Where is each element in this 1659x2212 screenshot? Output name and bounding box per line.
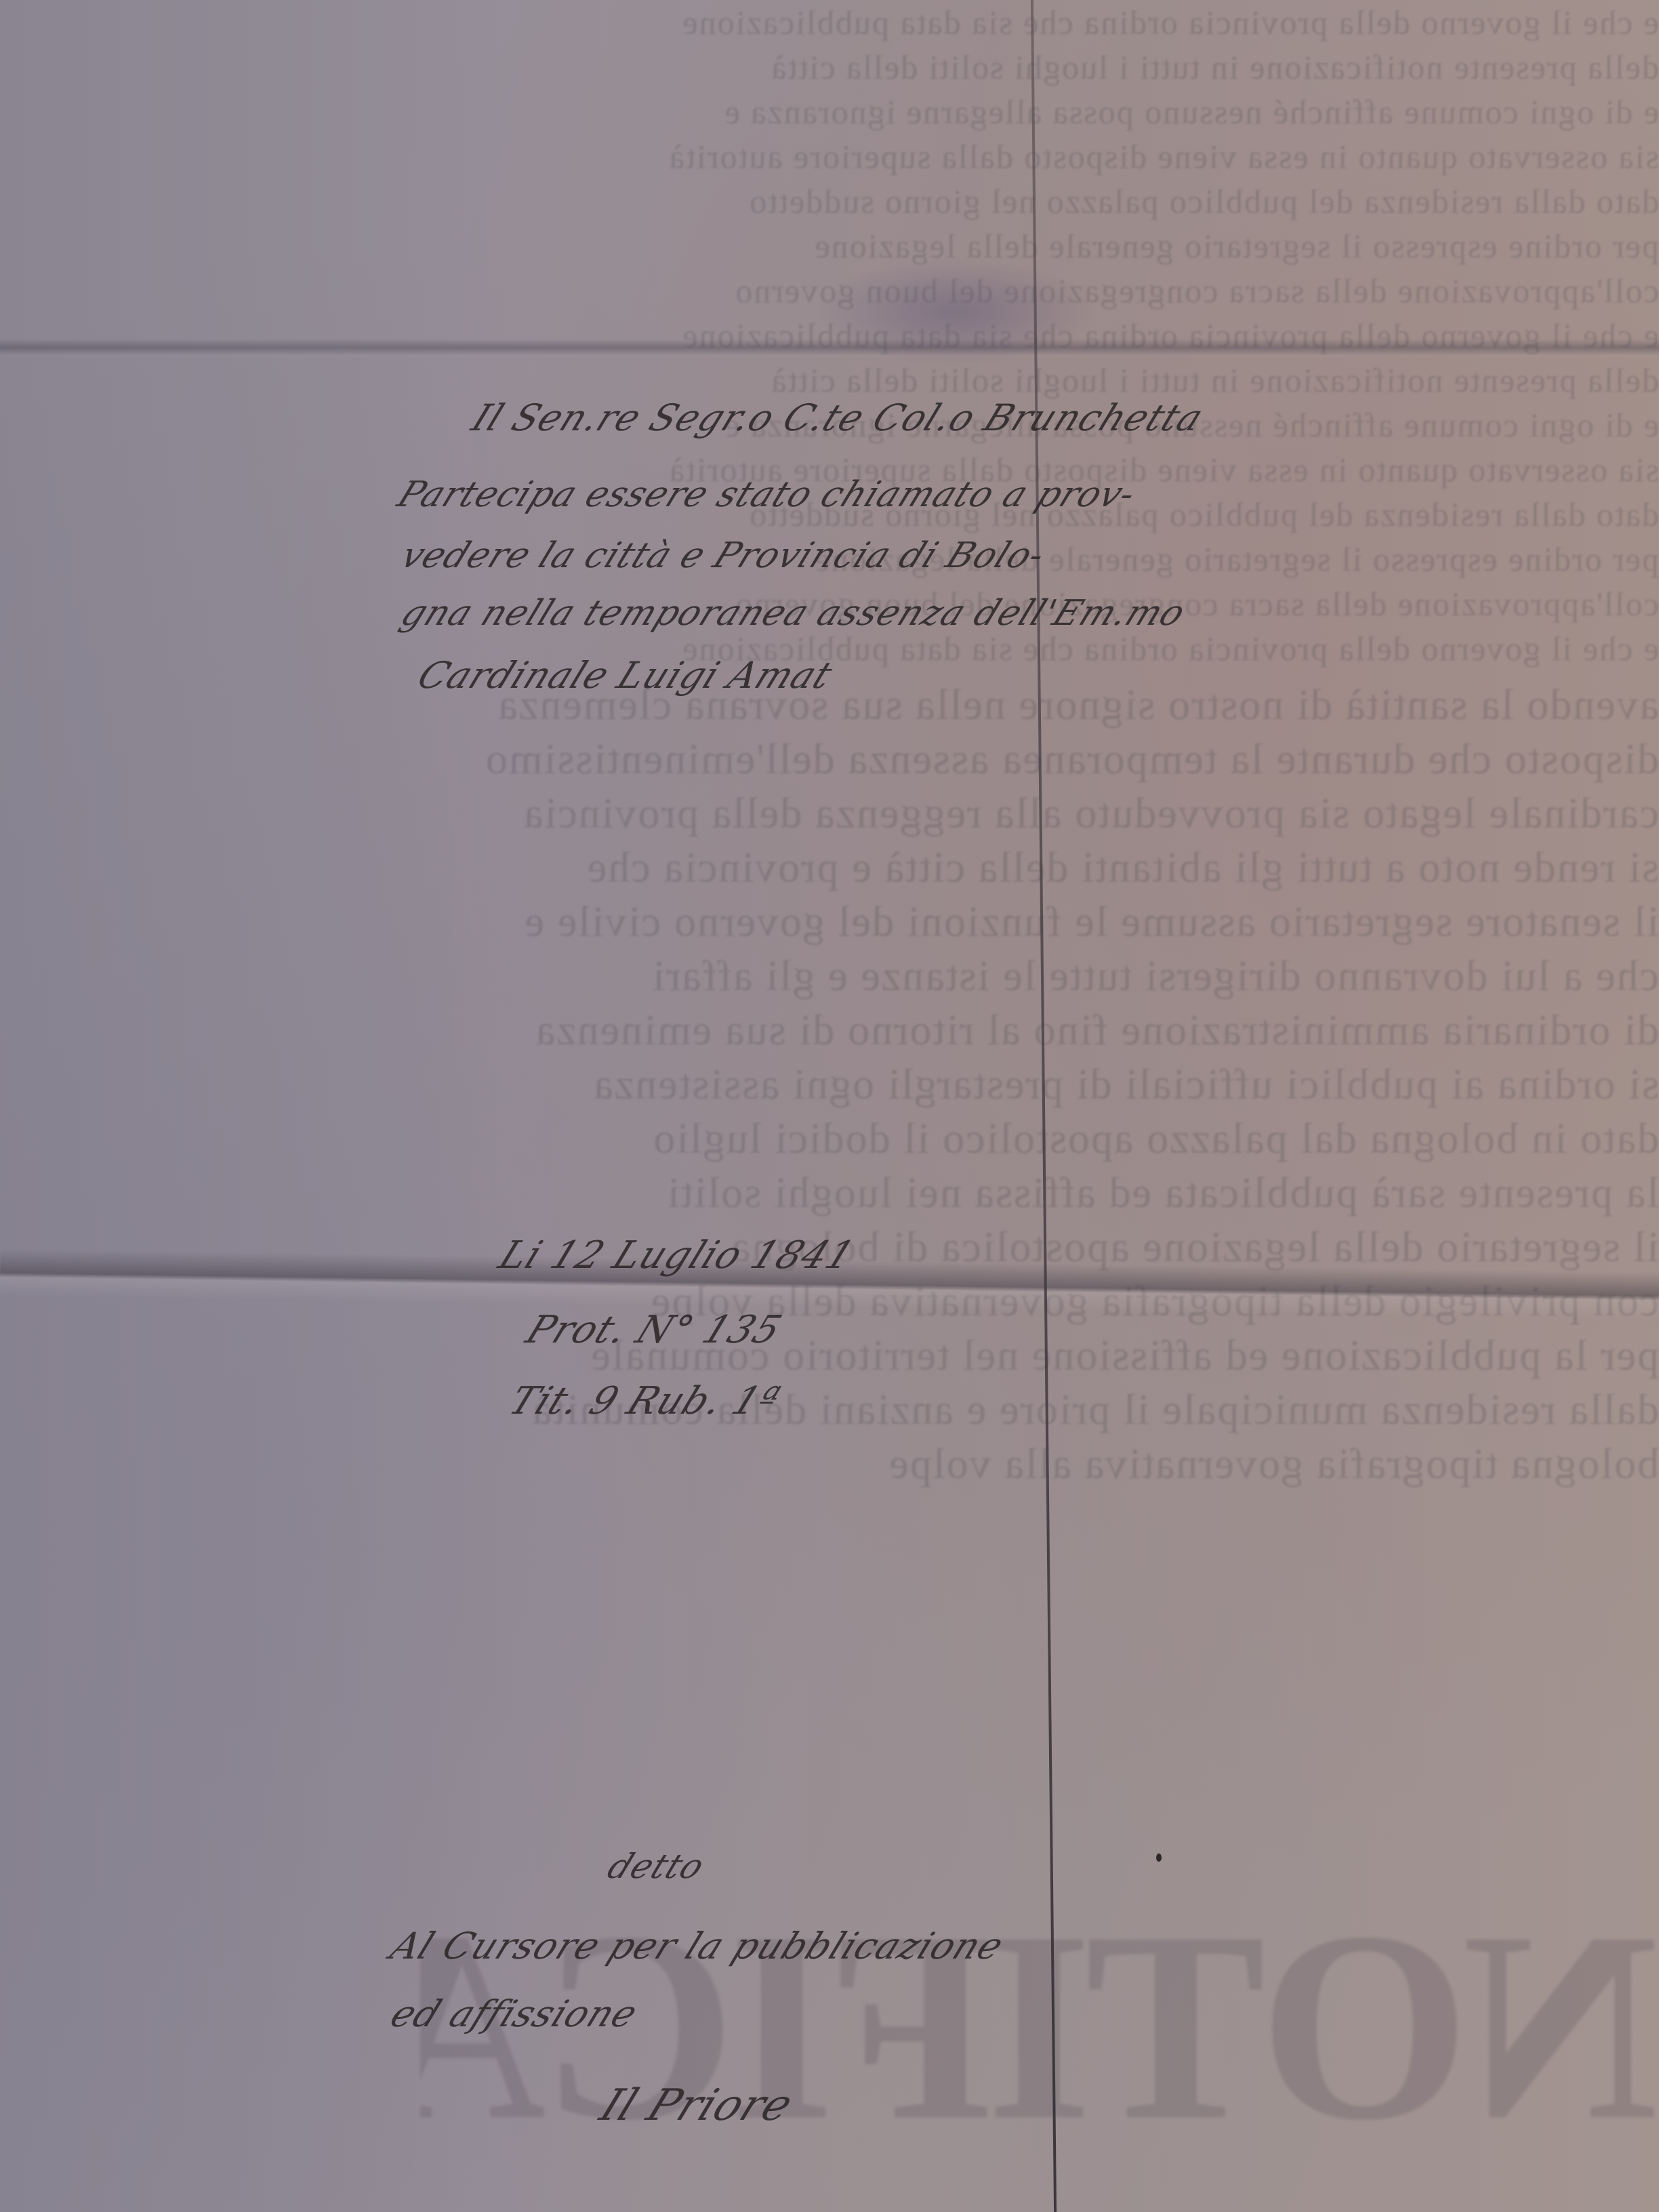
note-line: Cardinale Luigi Amat [411, 654, 839, 697]
bleed-through-text-middle: avendo la santità di nostro signore nell… [0, 678, 1659, 1532]
bleed-line: sia osservato quanto in essa viene dispo… [0, 134, 1659, 179]
bleed-line: e che il governo della provincia ordina … [0, 0, 1659, 45]
bleed-line: la presente sarà pubblicata ed affissa n… [0, 1166, 1659, 1220]
note-line: Partecipa essere stato chiamato a prov- [392, 474, 1143, 515]
instruction-above: detto [602, 1847, 710, 1886]
bleed-line: bologna tipografia governativa alla volp… [0, 1437, 1659, 1491]
registry-title: Tit. 9 Rub. 1ª [503, 1379, 787, 1423]
instruction-line: ed affissione [384, 1992, 644, 2035]
bleed-line: il senatore segretario assume le funzion… [0, 895, 1659, 949]
bleed-line: disposto che durante la temporanea assen… [0, 732, 1659, 786]
ink-dot [1156, 1853, 1162, 1862]
bleed-line: avendo la santità di nostro signore nell… [0, 678, 1659, 732]
bleed-line: si rende noto a tutti gli abitanti della… [0, 840, 1659, 895]
bleed-line: dato in bologna dal palazzo apostolico i… [0, 1111, 1659, 1166]
registry-protocol: Prot. N° 135 [520, 1308, 788, 1352]
instruction-line: Al Cursore per la pubblicazione [384, 1925, 1010, 1967]
note-line: Il Sen.re Segr.o C.te Col.o Brunchetta [466, 396, 1210, 439]
bleed-line: di ordinaria amministrazione fino al rit… [0, 1003, 1659, 1057]
bleed-line: dalla residenza municipale il priore e a… [0, 1382, 1659, 1437]
horizontal-fold-upper [0, 339, 1659, 356]
signature: Il Priore [593, 2081, 800, 2131]
bleed-line: e di ogni comune affinché nessuno possa … [0, 89, 1659, 134]
bleed-line: per la pubblicazione ed affissione nel t… [0, 1328, 1659, 1382]
registry-date: Li 12 Luglio 1841 [493, 1233, 861, 1277]
bleed-line: si ordina ai pubblici ufficiali di prest… [0, 1057, 1659, 1111]
note-line: gna nella temporanea assenza dell'Em.mo [395, 593, 1191, 634]
bleed-line: dato dalla residenza del pubblico palazz… [0, 179, 1659, 224]
bleed-line: della presente notificazione in tutti i … [0, 45, 1659, 89]
note-line: vedere la città e Provincia di Bolo- [395, 535, 1052, 576]
bleed-line: che a lui dovranno dirigersi tutte le is… [0, 949, 1659, 1003]
bleed-line: cardinale legato sia provveduto alla reg… [0, 786, 1659, 840]
